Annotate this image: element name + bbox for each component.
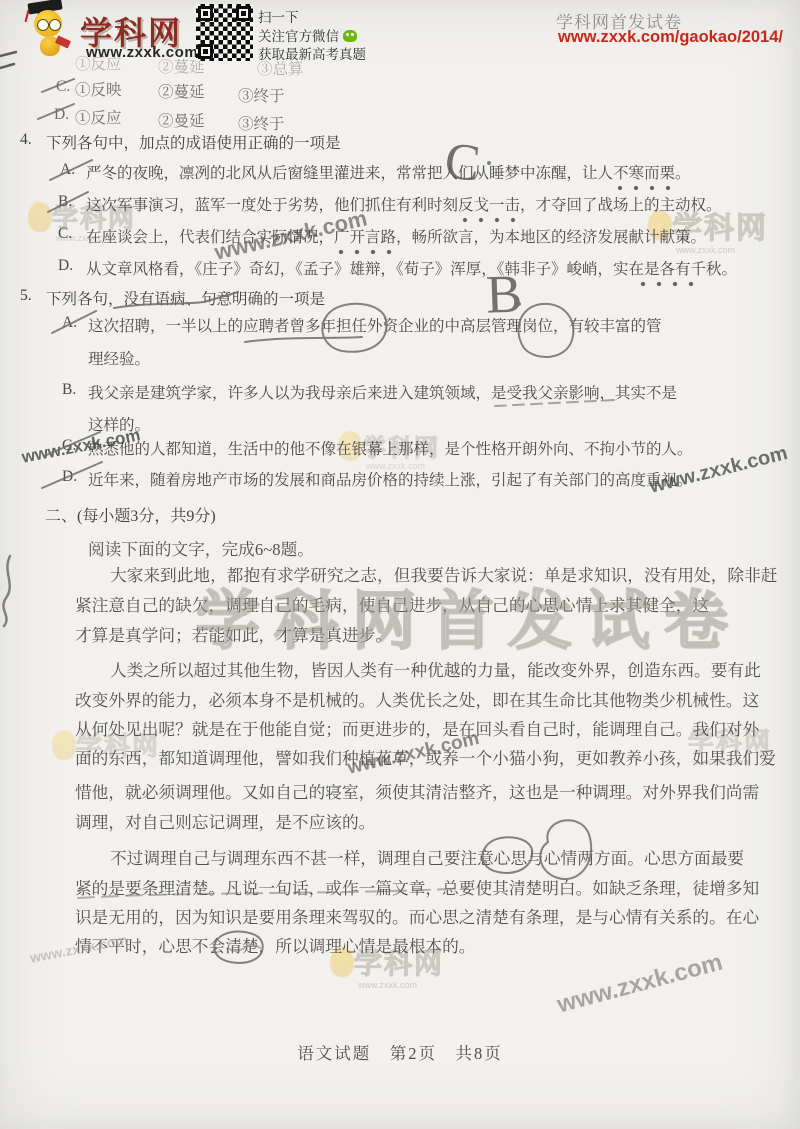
q4-option-c-label: C. <box>58 225 72 243</box>
watermark-outline-text: 学科网首发试卷 <box>196 570 742 662</box>
qr-finder <box>236 6 251 21</box>
q5-option-a-label: A. <box>62 314 77 332</box>
q4-option-a-label: A. <box>60 161 75 179</box>
qr-code <box>196 4 253 61</box>
q4-option-d-text: 从文章风格看，《庄子》奇幻，《孟子》雄辩，《荀子》浑厚，《韩非子》峻峭，实在是各… <box>86 257 737 279</box>
q4-option-c-text: 在座谈会上，代表们结合实际情况，广开言路，畅所欲言，为本地区的经济发展献计献策。 <box>86 225 706 247</box>
watermark-url: www.zxxk.com <box>20 425 142 468</box>
q5-option-a-line2: 理经验。 <box>88 347 150 369</box>
handwritten-answer-q5: B <box>485 262 523 325</box>
site-logo-url: www.zxxk.com <box>86 44 198 61</box>
para4-line4: 情不平时，心思不会清楚，所以调理心情是最根本的。 <box>75 933 476 957</box>
para2-line3: 从何处见出呢？就是在于他能自觉；而更进步的，是在回头看自己时，能调理自己。我们对… <box>75 716 759 740</box>
para3-line2: 调理，对自己则忘记调理，是不应该的。 <box>75 809 375 833</box>
edge-mark <box>0 52 16 56</box>
option-c-item: ①反映 <box>75 78 122 100</box>
cap-tassel <box>25 10 30 22</box>
q5-option-b-label: B. <box>62 381 76 399</box>
handwritten-answer-q4: C <box>442 131 484 194</box>
qr-finder-core <box>203 11 208 16</box>
option-row-c: C. <box>56 78 70 96</box>
para4-line2: 紧的是要条理清楚。凡说一句话，或作一篇文章，总要使其清楚明白。如缺乏条理，徒增多… <box>75 875 759 899</box>
qr-finder-core <box>203 49 208 54</box>
emphasis-dots <box>613 185 675 191</box>
underline-yingpinzhe <box>245 337 362 342</box>
q4-option-b-label: B. <box>58 193 72 211</box>
mascot-glasses-right <box>49 19 61 31</box>
section-2-heading: 二、(每小题3分，共9分) <box>45 503 216 526</box>
ghost-site-url: www.zxxk.com <box>358 980 444 990</box>
q5-option-c-line1: 熟悉他的人都知道，生活中的他不像在银幕上那样，是个性格开朗外向、不拘小节的人。 <box>88 437 693 459</box>
qr-caption-2: 关注官方微信 <box>258 25 357 45</box>
option-c-item: ③终于 <box>238 84 285 106</box>
emphasis-dots <box>636 281 698 287</box>
q4-option-a-text: 严冬的夜晚，凛冽的北风从后窗缝里灌进来，常常把人们从睡梦中冻醒，让人不寒而栗。 <box>86 161 691 183</box>
question-5-number: 5. <box>20 287 32 305</box>
question-4-number: 4. <box>20 131 32 149</box>
edge-mark <box>0 64 14 68</box>
q4-option-b-text: 这次军事演习，蓝军一度处于劣势，他们抓住有利时刻反戈一击，才夺回了战场上的主动权… <box>86 193 722 215</box>
qr-finder <box>198 6 213 21</box>
page-footer: 语文试题 第2页 共8页 <box>0 1040 800 1064</box>
qr-finder <box>198 44 213 59</box>
q5-option-d-label: D. <box>62 468 77 486</box>
para4-line1: 不过调理自己与调理东西不甚一样，调理自己要注意心思与心情两方面。心思方面最要 <box>110 845 744 869</box>
q5-option-d-line1: 近年来，随着房地产市场的发展和商品房价格的持续上涨，引起了有关部门的高度重视。 <box>88 468 693 490</box>
ghost-mascot-icon <box>52 730 76 760</box>
watermark-url: www.zxxk.com <box>554 949 725 1020</box>
emphasis-dots <box>458 217 520 223</box>
scanned-exam-page: ①反应 ②蔓延 ③总算 学科网 www.zxxk.com 学科网 www.zxx… <box>0 0 800 1129</box>
mascot-icon <box>26 2 80 62</box>
para3-line1: 惜他，就必须调理他。又如自己的寝室，须使其清洁整齐，这也是一种调理。对外界我们尚… <box>75 779 759 803</box>
q5-option-b-line1: 我父亲是建筑学家，许多人以为我母亲后来进入建筑领域，是受我父亲影响，其实不是 <box>88 381 677 403</box>
qr-caption-1: 扫一下 <box>258 6 299 26</box>
option-row-d: D. <box>54 106 69 124</box>
wechat-icon <box>343 30 357 42</box>
option-d-item: ②曼延 <box>158 109 205 131</box>
q5-option-a-line1: 这次招聘，一半以上的应聘者曾多年担任外资企业的中高层管理岗位，有较丰富的管 <box>88 314 662 336</box>
option-c-item: ②蔓延 <box>158 80 205 102</box>
reading-intro: 阅读下面的文字，完成6~8题。 <box>88 536 314 560</box>
emphasis-dots <box>334 249 396 255</box>
para4-line3: 识是无用的，因为知识是要用条理来驾驭的。而心思之清楚有条理，是与心情有关系的。在… <box>75 904 759 928</box>
question-5-stem: 下列各句，没有语病、句意明确的一项是 <box>46 287 325 309</box>
header-right-url: www.zxxk.com/gaokao/2014/ <box>558 28 783 47</box>
question-4-stem: 下列各句中，加点的成语使用正确的一项是 <box>46 131 341 153</box>
margin-squiggle <box>3 556 10 626</box>
option-d-item: ①反应 <box>75 106 122 128</box>
qr-caption-3: 获取最新高考真题 <box>258 43 366 63</box>
ghost-mascot-icon <box>28 202 52 232</box>
mascot-glasses-left <box>37 19 49 31</box>
q4-option-d-label: D. <box>58 257 73 275</box>
para2-line2: 改变外界的能力，必须本身不是机械的。人类优长之处，即在其生命比其他物类少机械性。… <box>75 687 759 711</box>
qr-finder-core <box>241 11 246 16</box>
